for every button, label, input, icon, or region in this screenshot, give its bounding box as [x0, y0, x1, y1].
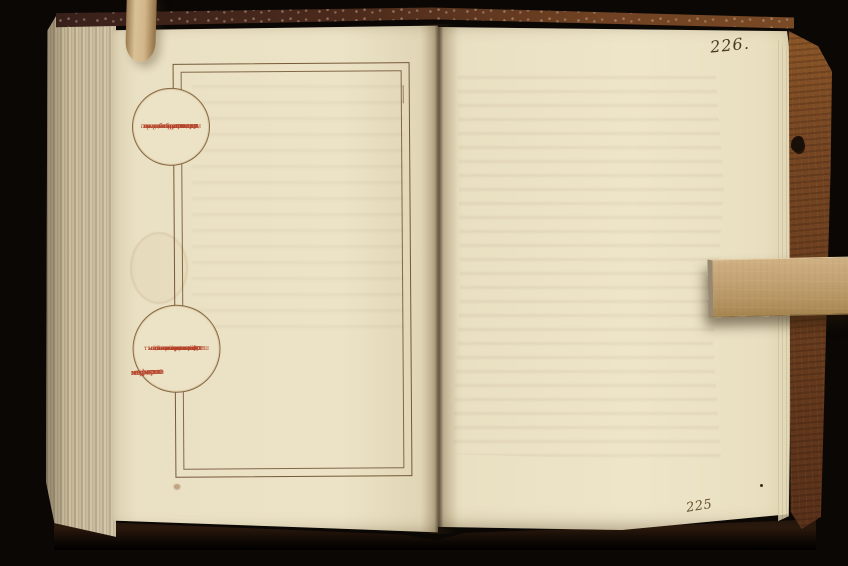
wooden-bookmark-stick-top — [125, 0, 157, 62]
ink-speck — [760, 484, 763, 487]
wooden-bookmark-slat-right — [707, 256, 848, 317]
manuscript-photo: погнавъ меннецевимар икъ баруимори пы из… — [0, 0, 848, 566]
page-block-fore-edge — [46, 12, 116, 540]
book-top-edge-band — [56, 7, 794, 29]
drawn-seal-lower: прь пишемнсти ийсьмшантвіа гильтшчьвіар … — [132, 304, 221, 393]
frame-ink-tick — [403, 85, 404, 103]
seal-text-line: нархи — [166, 345, 187, 353]
frame-inner-rule — [181, 70, 405, 470]
ruled-text-frame: погнавъ меннецевимар икъ баруимори пы из… — [167, 59, 416, 481]
ink-smudge — [173, 484, 180, 490]
seal-text-line: на — [167, 123, 176, 131]
seal-caption-line: гермона — [131, 367, 164, 378]
drawn-seal-upper: погнавъ меннецевимар икъ баруимори пы из… — [132, 88, 211, 167]
